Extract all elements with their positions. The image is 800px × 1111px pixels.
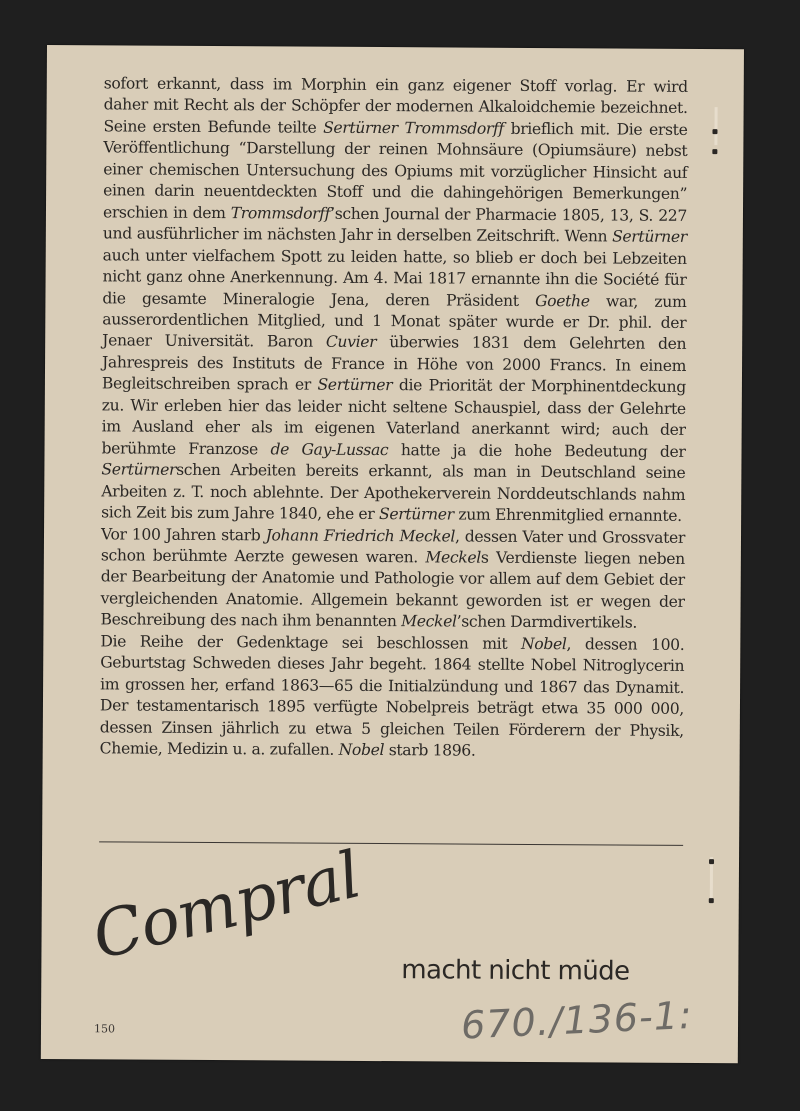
- handwritten-shelfmark: 670./136-1:: [460, 993, 693, 1048]
- text-run: hatte ja die hohe Bedeutung der: [388, 441, 685, 461]
- staple-hole-icon: [712, 129, 717, 134]
- article-body: sofort erkannt, dass im Morphin ein ganz…: [100, 73, 688, 763]
- page-number: 150: [94, 1022, 115, 1035]
- italic-name: Trommsdorff: [231, 204, 330, 223]
- staple-trace-top: [714, 107, 717, 145]
- paragraph-nobel: Die Reihe der Gedenktage sei beschlossen…: [100, 631, 685, 763]
- paragraph-sertuerner: sofort erkannt, dass im Morphin ein ganz…: [101, 73, 688, 527]
- staple-hole-icon: [709, 859, 714, 864]
- text-run: zum Ehrenmitglied ernannte.: [454, 506, 682, 525]
- staple-hole-icon: [712, 149, 717, 154]
- italic-name: Meckel: [401, 613, 457, 631]
- italic-name: Sertürner: [101, 460, 176, 478]
- italic-name: Meckel: [425, 548, 481, 566]
- text-run: ’schen Darmdivertikels.: [457, 613, 637, 632]
- italic-name: Goethe: [535, 292, 590, 310]
- italic-name: Nobel: [339, 741, 385, 759]
- text-run: starb 1896.: [384, 741, 475, 760]
- divider-rule: [99, 841, 683, 846]
- text-run: Die Reihe der Gedenktage sei beschlossen…: [100, 632, 521, 653]
- staple-hole-icon: [709, 898, 714, 903]
- italic-name: Sertürner: [612, 228, 687, 246]
- italic-name: Nobel: [521, 635, 567, 653]
- italic-name: Sertürner: [379, 505, 454, 523]
- text-run: Vor 100 Jahren starb: [101, 525, 266, 544]
- italic-name: de Gay-Lussac: [270, 440, 388, 459]
- document-page: sofort erkannt, dass im Morphin ein ganz…: [41, 45, 744, 1063]
- italic-name: Sertürner Trommsdorff: [323, 119, 504, 138]
- brand-logo-compral: Compral: [86, 838, 367, 974]
- paragraph-meckel: Vor 100 Jahren starb Johann Friedrich Me…: [100, 524, 685, 635]
- italic-name: Sertürner: [317, 376, 392, 394]
- ad-slogan: macht nicht müde: [401, 955, 629, 986]
- italic-name: Johann Friedrich Meckel: [266, 526, 456, 545]
- italic-name: Cuvier: [326, 333, 376, 351]
